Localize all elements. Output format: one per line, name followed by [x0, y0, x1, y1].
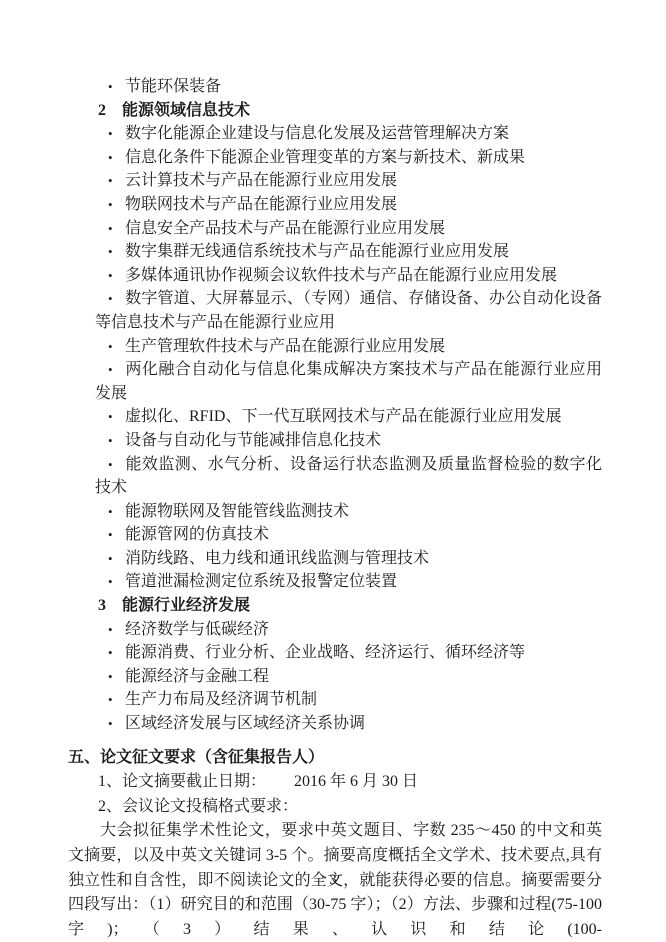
list-item: •消防线路、电力线和通讯线监测与管理技术	[95, 547, 602, 571]
topic-group-number: 3	[98, 597, 106, 614]
list-item: •能源物联网及智能管线监测技术	[95, 500, 602, 524]
bullet-icon: •	[108, 240, 118, 264]
list-item-text: 经济数学与低碳经济	[125, 621, 269, 638]
format-requirements-line: 2、会议论文投稿格式要求：	[98, 795, 602, 820]
list-item-text: 生产力布局及经济调节机制	[125, 691, 317, 708]
list-item-text: 节能环保装备	[125, 78, 221, 95]
bullet-icon: •	[108, 405, 118, 429]
bullet-icon: •	[108, 217, 118, 241]
topic-group-heading: 3能源行业经济发展	[98, 594, 602, 618]
list-item-text: 云计算技术与产品在能源行业应用发展	[125, 172, 397, 189]
list-item-text: 虚拟化、RFID、下一代互联网技术与产品在能源行业应用发展	[125, 408, 561, 425]
list-item: •设备与自动化与节能减排信息化技术	[95, 429, 602, 453]
list-item-text: 能源消费、行业分析、企业战略、经济运行、循环经济等	[125, 644, 525, 661]
list-item: •数字化能源企业建设与信息化发展及运营管理解决方案	[95, 122, 602, 146]
list-item: •生产管理软件技术与产品在能源行业应用发展	[95, 335, 602, 359]
list-item-text: 数字管道、大屏幕显示、（专网）通信、存储设备、办公自动化设备等信息技术与产品在能…	[95, 290, 602, 331]
list-item-text: 信息安全产品技术与产品在能源行业应用发展	[125, 220, 445, 237]
list-item: •云计算技术与产品在能源行业应用发展	[95, 169, 602, 193]
document-page: •节能环保装备 2能源领域信息技术 •数字化能源企业建设与信息化发展及运营管理解…	[0, 0, 666, 942]
page-number: 3	[0, 872, 666, 889]
list-item-text: 信息化条件下能源企业管理变革的方案与新技术、新成果	[125, 149, 525, 166]
section-heading: 五、论文征文要求（含征集报告人）	[68, 746, 602, 771]
list-item: •能源经济与金融工程	[95, 665, 602, 689]
bullet-icon: •	[108, 358, 118, 382]
list-item: •节能环保装备	[95, 75, 602, 99]
bullet-icon: •	[108, 169, 118, 193]
bullet-icon: •	[108, 641, 118, 665]
list-item-text: 数字集群无线通信系统技术与产品在能源行业应用发展	[125, 243, 509, 260]
bullet-icon: •	[108, 335, 118, 359]
list-item-text: 能源物联网及智能管线监测技术	[125, 503, 349, 520]
list-item: •能源管网的仿真技术	[95, 523, 602, 547]
deadline-label: 1、论文摘要截止日期：	[98, 773, 266, 790]
topic-group-number: 2	[98, 102, 106, 119]
bullet-icon: •	[108, 500, 118, 524]
topic-list: •节能环保装备 2能源领域信息技术 •数字化能源企业建设与信息化发展及运营管理解…	[68, 75, 602, 736]
list-item: •能源消费、行业分析、企业战略、经济运行、循环经济等	[95, 641, 602, 665]
list-item: •区域经济发展与区域经济关系协调	[95, 712, 602, 736]
bullet-icon: •	[108, 570, 118, 594]
list-item-text: 生产管理软件技术与产品在能源行业应用发展	[125, 338, 445, 355]
list-item: •多媒体通讯协作视频会议软件技术与产品在能源行业应用发展	[95, 264, 602, 288]
list-item: •虚拟化、RFID、下一代互联网技术与产品在能源行业应用发展	[95, 405, 602, 429]
list-item-text: 数字化能源企业建设与信息化发展及运营管理解决方案	[125, 125, 509, 142]
bullet-icon: •	[108, 75, 118, 99]
bullet-icon: •	[108, 146, 118, 170]
bullet-icon: •	[108, 665, 118, 689]
bullet-icon: •	[108, 122, 118, 146]
topic-group-title: 能源领域信息技术	[122, 102, 250, 119]
bullet-icon: •	[108, 523, 118, 547]
bullet-icon: •	[108, 688, 118, 712]
list-item: •信息安全产品技术与产品在能源行业应用发展	[95, 217, 602, 241]
list-item: •管道泄漏检测定位系统及报警定位装置	[95, 570, 602, 594]
bullet-icon: •	[108, 453, 118, 477]
list-item-text: 设备与自动化与节能减排信息化技术	[125, 432, 381, 449]
list-item-text: 消防线路、电力线和通讯线监测与管理技术	[125, 550, 429, 567]
deadline-line: 1、论文摘要截止日期：2016 年 6 月 30 日	[98, 770, 602, 795]
list-item: •数字管道、大屏幕显示、（专网）通信、存储设备、办公自动化设备等信息技术与产品在…	[95, 287, 602, 334]
list-item-text: 区域经济发展与区域经济关系协调	[125, 715, 365, 732]
list-item: •能效监测、水气分析、设备运行状态监测及质量监督检验的数字化技术	[95, 453, 602, 500]
bullet-icon: •	[108, 712, 118, 736]
bullet-icon: •	[108, 264, 118, 288]
list-item: •生产力布局及经济调节机制	[95, 688, 602, 712]
list-item-text: 能效监测、水气分析、设备运行状态监测及质量监督检验的数字化技术	[95, 456, 602, 497]
list-item-text: 能源管网的仿真技术	[125, 526, 269, 543]
list-item-text: 能源经济与金融工程	[125, 668, 269, 685]
list-item: •信息化条件下能源企业管理变革的方案与新技术、新成果	[95, 146, 602, 170]
list-item-text: 多媒体通讯协作视频会议软件技术与产品在能源行业应用发展	[125, 267, 557, 284]
list-item-text: 物联网技术与产品在能源行业应用发展	[125, 196, 397, 213]
deadline-value: 2016 年 6 月 30 日	[294, 773, 418, 790]
bullet-icon: •	[108, 287, 118, 311]
list-item: •两化融合自动化与信息化集成解决方案技术与产品在能源行业应用发展	[95, 358, 602, 405]
topic-group-title: 能源行业经济发展	[122, 597, 250, 614]
topic-group-heading: 2能源领域信息技术	[98, 99, 602, 123]
list-item: •物联网技术与产品在能源行业应用发展	[95, 193, 602, 217]
list-item: •经济数学与低碳经济	[95, 618, 602, 642]
list-item: •数字集群无线通信系统技术与产品在能源行业应用发展	[95, 240, 602, 264]
bullet-icon: •	[108, 618, 118, 642]
bullet-icon: •	[108, 193, 118, 217]
bullet-icon: •	[108, 429, 118, 453]
list-item-text: 两化融合自动化与信息化集成解决方案技术与产品在能源行业应用发展	[95, 361, 602, 402]
bullet-icon: •	[108, 547, 118, 571]
list-item-text: 管道泄漏检测定位系统及报警定位装置	[125, 573, 397, 590]
